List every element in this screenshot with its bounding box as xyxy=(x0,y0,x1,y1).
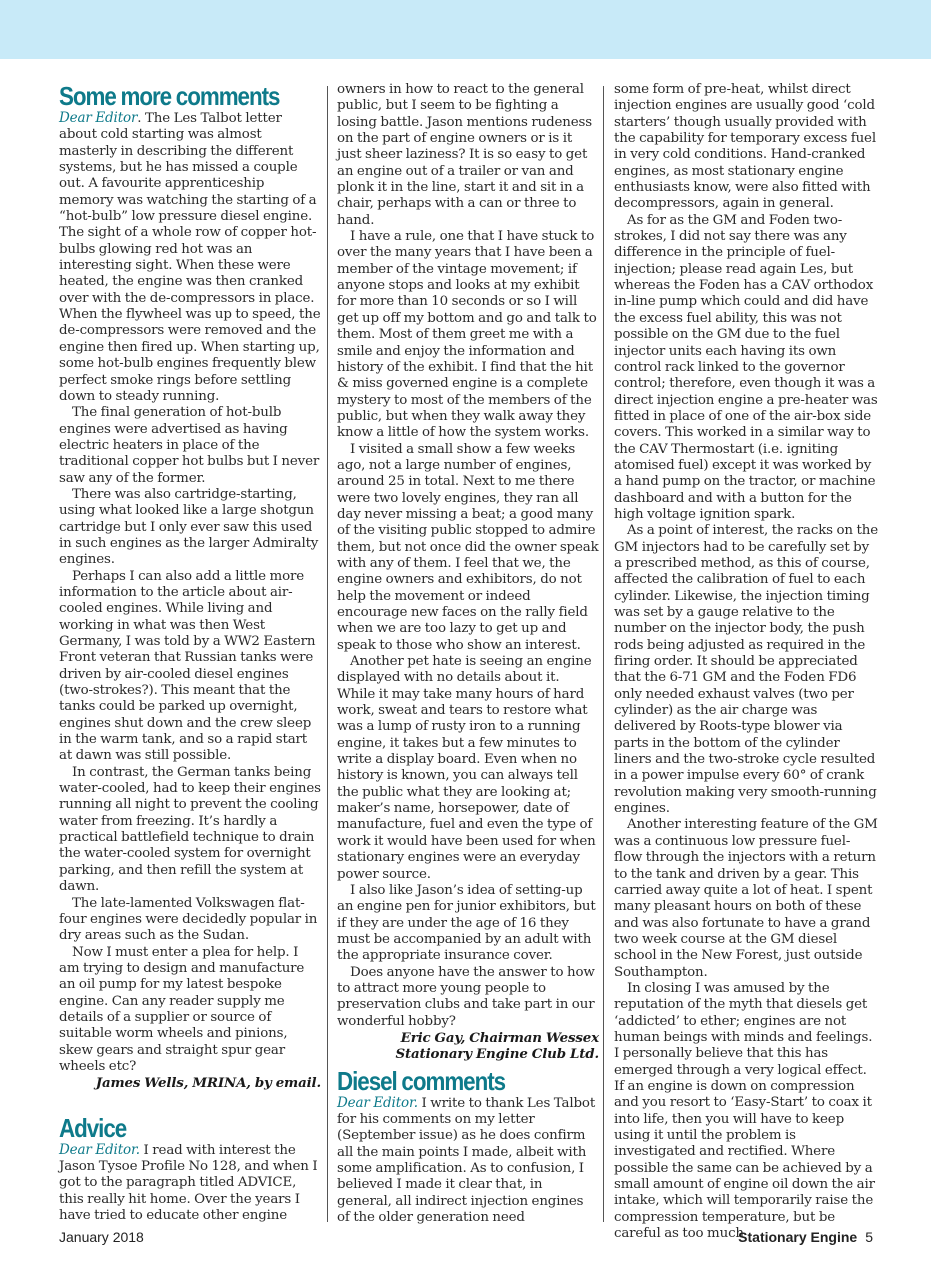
letter-title: Some more comments xyxy=(59,82,284,110)
salutation: Dear Editor xyxy=(59,110,137,126)
letter-signature: Eric Gay, Chairman Wessex xyxy=(337,1030,599,1046)
footer-publication: Stationary Engine5 xyxy=(738,1229,873,1245)
salutation: Dear Editor. xyxy=(337,1095,418,1111)
letter-paragraph: I also like Jason’s idea of setting-up a… xyxy=(337,883,599,965)
letter-paragraph: Another pet hate is seeing an engine dis… xyxy=(337,654,599,883)
publication-name: Stationary Engine xyxy=(738,1229,857,1245)
letter-paragraph: The final generation of hot-bulb engines… xyxy=(59,405,321,487)
letter-paragraph: In contrast, the German tanks being wate… xyxy=(59,765,321,896)
letter-paragraph: In closing I was amused by the reputatio… xyxy=(614,981,878,1243)
letter-paragraph: I visited a small show a few weeks ago, … xyxy=(337,442,599,654)
letter-signature: James Wells, MRINA, by email. xyxy=(59,1075,321,1091)
footer-date: January 2018 xyxy=(59,1229,144,1245)
column-1: Some more comments Dear Editor. The Les … xyxy=(59,82,321,1224)
letter-paragraph: owners in how to react to the general pu… xyxy=(337,82,599,229)
letter-paragraph: some form of pre-heat, whilst direct inj… xyxy=(614,82,878,213)
letter-paragraph: There was also cartridge-starting, using… xyxy=(59,487,321,569)
letter-paragraph: I have a rule, one that I have stuck to … xyxy=(337,229,599,441)
letter-paragraph: Perhaps I can also add a little more inf… xyxy=(59,569,321,765)
column-divider xyxy=(327,86,328,1222)
letter-signature: Stationary Engine Club Ltd. xyxy=(337,1046,599,1062)
letter-title: Advice xyxy=(59,1114,284,1142)
column-2: owners in how to react to the general pu… xyxy=(337,82,599,1226)
spacer xyxy=(59,1092,321,1114)
letter-paragraph: The late-lamented Volkswagen flat-four e… xyxy=(59,896,321,945)
letter-paragraph: Now I must enter a plea for help. I am t… xyxy=(59,945,321,1076)
letter-paragraph: Dear Editor. I read with interest the Ja… xyxy=(59,1142,321,1225)
column-divider xyxy=(603,86,604,1222)
letter-paragraph: Dear Editor. I write to thank Les Talbot… xyxy=(337,1095,599,1227)
letter-paragraph: As a point of interest, the racks on the… xyxy=(614,523,878,817)
salutation: Dear Editor. xyxy=(59,1142,140,1158)
letter-paragraph: Does anyone have the answer to how to at… xyxy=(337,965,599,1030)
page-number: 5 xyxy=(865,1229,873,1245)
letter-paragraph: Dear Editor. The Les Talbot letter about… xyxy=(59,110,321,405)
letter-paragraph: Another interesting feature of the GM wa… xyxy=(614,817,878,980)
letter-title: Diesel comments xyxy=(337,1067,562,1095)
header-color-band xyxy=(0,0,931,59)
letter-paragraph: As for as the GM and Foden two-strokes, … xyxy=(614,213,878,524)
column-3: some form of pre-heat, whilst direct inj… xyxy=(614,82,878,1242)
